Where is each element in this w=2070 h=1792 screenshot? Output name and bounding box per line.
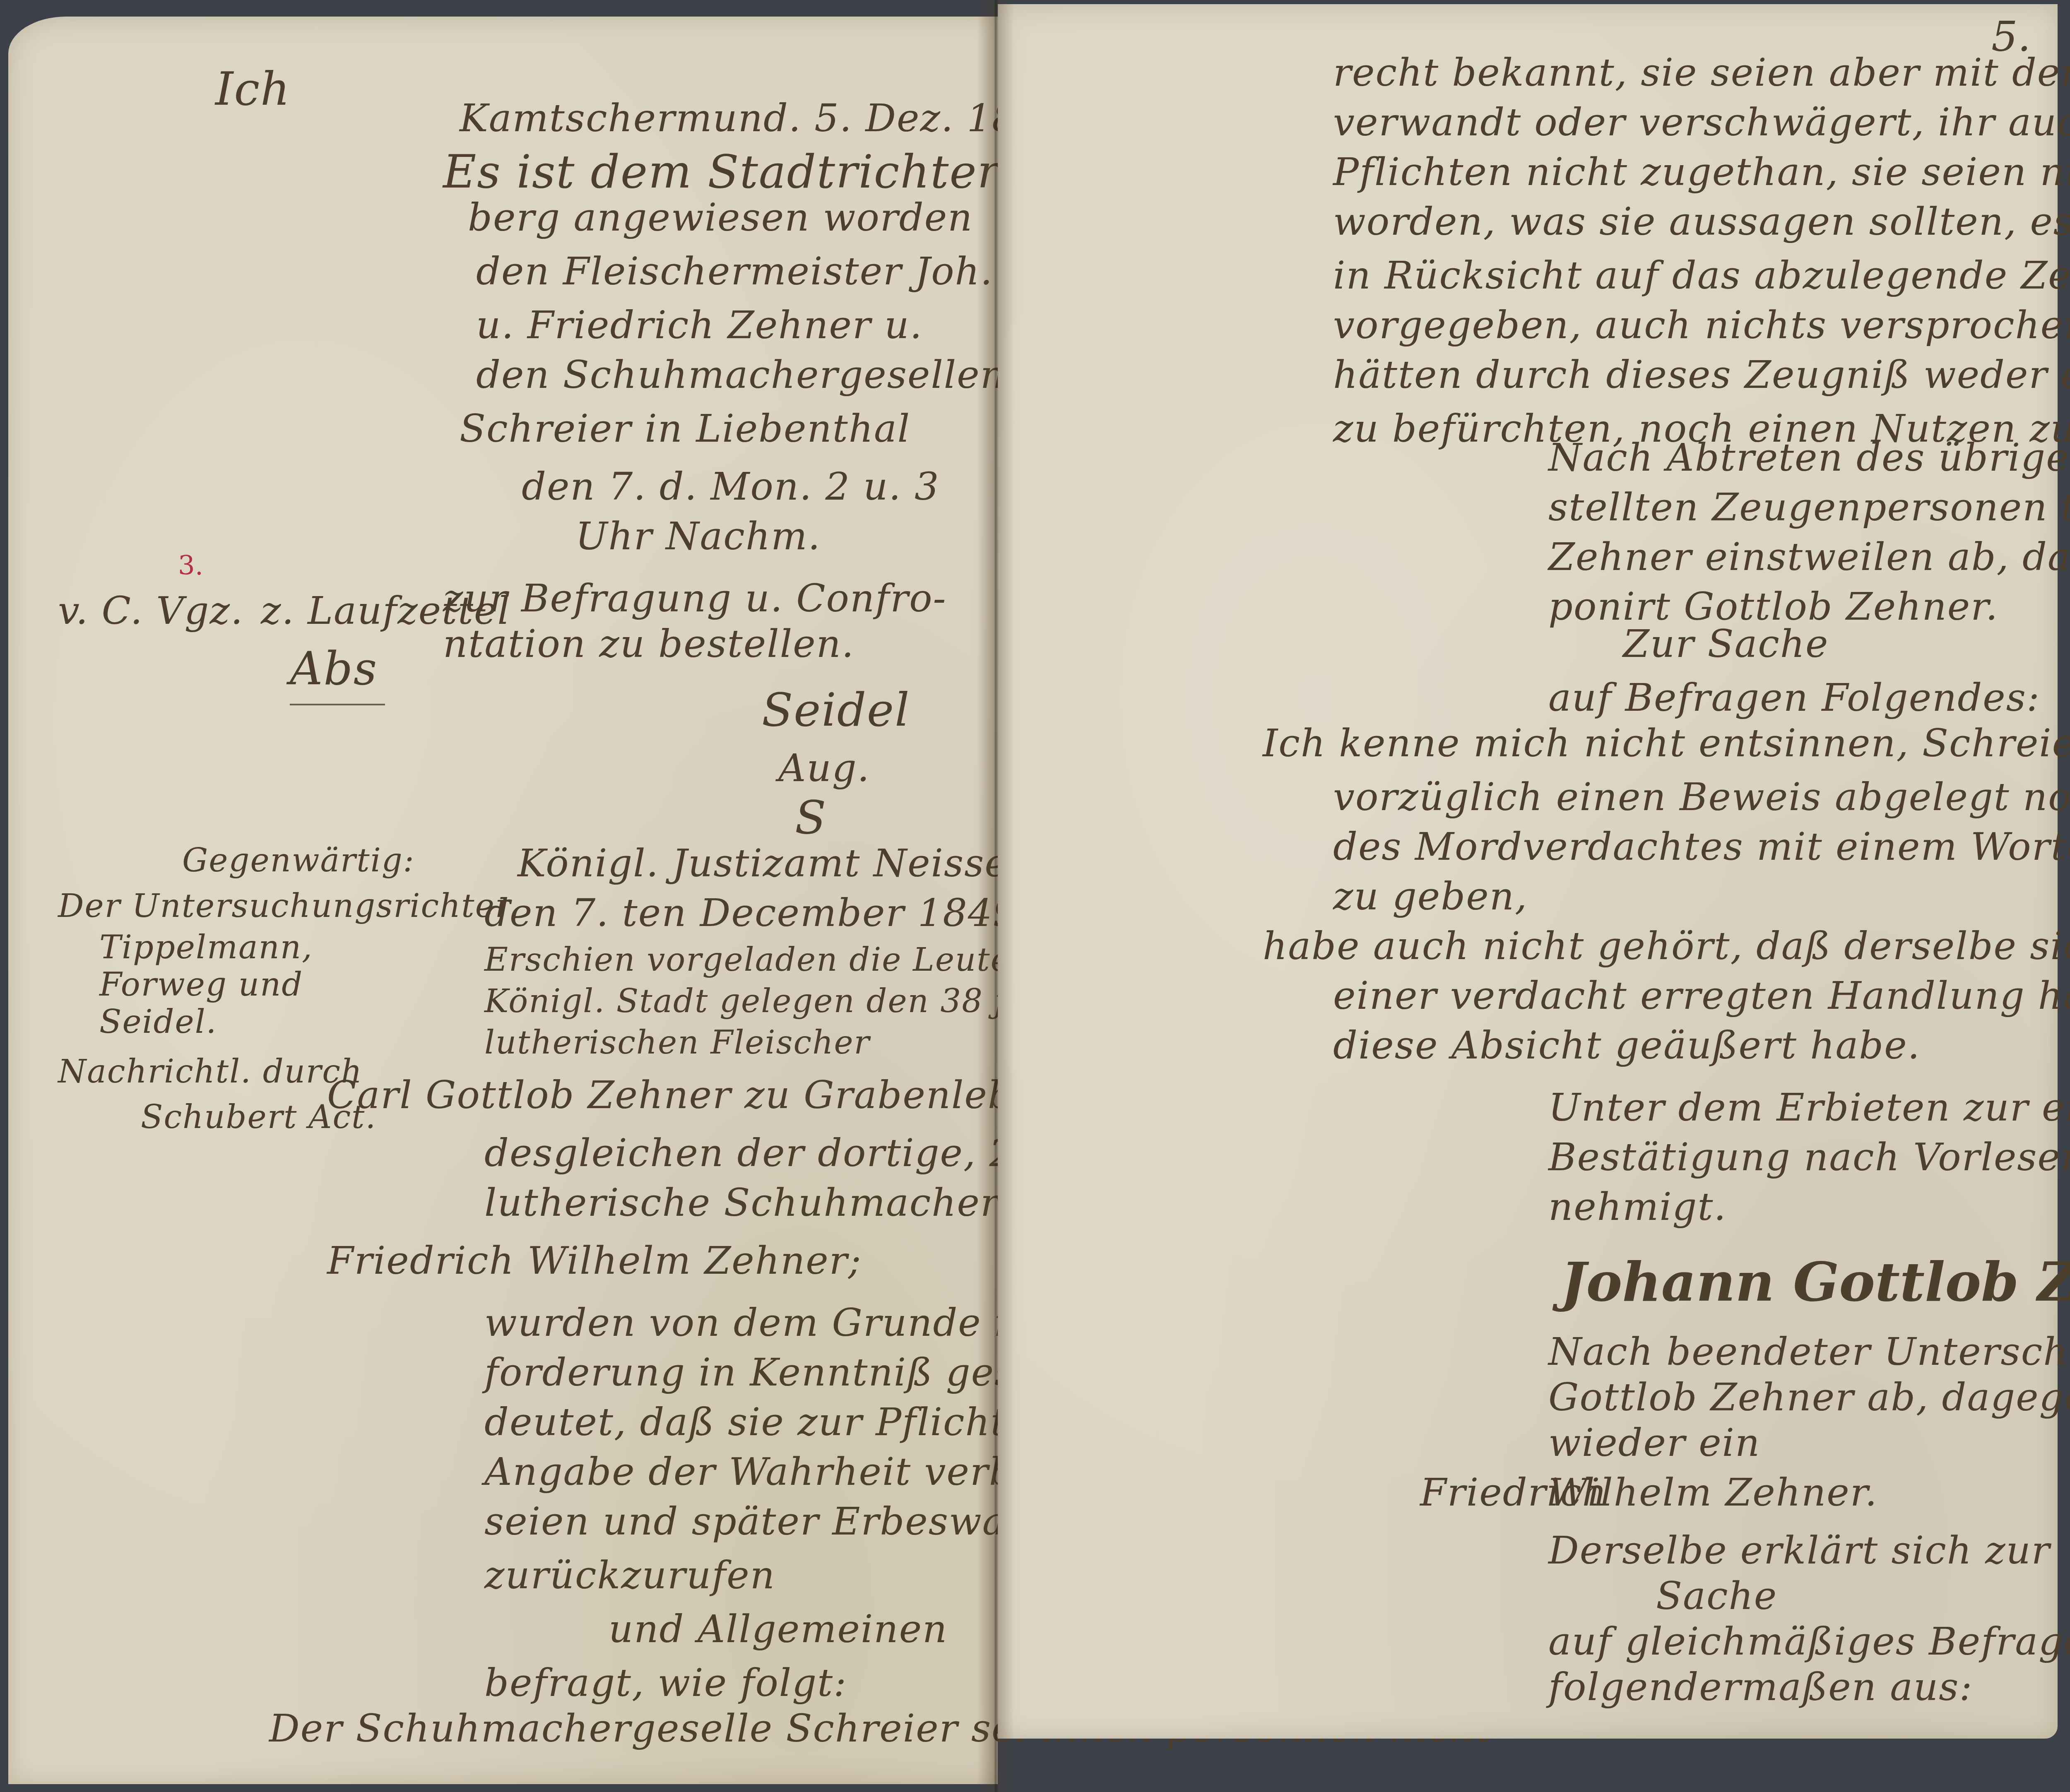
text-line: hätten durch dieses Zeugniß weder einen … <box>1333 356 2070 394</box>
header-line: Uhr Nachm. <box>575 517 821 556</box>
text-line: Unter dem Erbieten zur eidlichen <box>1548 1089 2070 1127</box>
text-line: nehmigt. <box>1548 1188 1727 1226</box>
text-line: Nach beendeter Unterschrift trat <box>1548 1333 2070 1371</box>
protocol-line: lutherischen Fleischer <box>484 1027 870 1059</box>
book-gutter <box>977 0 1014 1792</box>
header-line: Schreier in Liebenthal <box>460 410 910 448</box>
header-line: Es ist dem Stadtrichter- <box>443 149 1016 195</box>
presence-line: Der Untersuchungsrichter <box>58 890 511 922</box>
protocol-line: und Allgemeinen <box>609 1610 948 1648</box>
divider-rule <box>290 704 385 705</box>
text-line: zu geben, <box>1333 878 1528 916</box>
margin-note-prefix: v. C. Vgz. <box>58 592 243 630</box>
header-line: den 7. d. Mon. 2 u. 3 <box>522 468 940 506</box>
protocol-line: Königl. Justizamt Neisse <box>517 844 1008 883</box>
text-line: stellten Zeugenpersonen trat Friedrich <box>1548 488 2070 527</box>
left-page: Ich Kamtschermund. 5. Dez. 1849. Es ist … <box>8 17 998 1784</box>
text-line: Pflichten nicht zugethan, sie seien nich… <box>1333 153 2070 191</box>
heading-line: auf Befragen Folgendes: <box>1548 679 2040 717</box>
heading-line: Zur Sache <box>1623 625 1829 663</box>
presence-title: Gegenwärtig: <box>182 844 415 877</box>
text-line: Nach Abtreten des übrigen Ge- <box>1548 439 2070 477</box>
header-line: den Fleischermeister Joh. <box>476 253 993 291</box>
document-spread: Ich Kamtschermund. 5. Dez. 1849. Es ist … <box>0 0 2070 1792</box>
protocol-line: Carl Gottlob Zehner zu Grabenleben, <box>327 1076 1075 1114</box>
text-line: einer verdacht erregten Handlung habe, o… <box>1333 977 2070 1015</box>
presence-line: Forweg und <box>99 969 303 1001</box>
text-line: Derselbe erklärt sich zur <box>1548 1532 2051 1570</box>
margin-note-text: z. Laufzettel <box>261 592 510 630</box>
text-line: verwandt oder verschwägert, ihr auch son… <box>1333 103 2070 142</box>
text-line: auf gleichmäßiges Befragen <box>1548 1623 2070 1661</box>
name-line: Wilhelm Zehner. <box>1548 1474 1878 1512</box>
text-line: vorgegeben, auch nichts versprochen word… <box>1333 306 2070 344</box>
protocol-line: befragt, wie folgt: <box>484 1664 847 1702</box>
signature-name: Seidel <box>762 687 910 733</box>
presence-line: Seidel. <box>99 1006 217 1038</box>
presence-line: Nachrichtl. durch <box>58 1056 363 1088</box>
header-line: den Schuhmachergesellen <box>476 356 1006 394</box>
text-line: diese Absicht geäußert habe. <box>1333 1027 1921 1065</box>
presence-line: Tippelmann, <box>99 931 313 964</box>
text-line: folgendermaßen aus: <box>1548 1668 1973 1706</box>
text-line: in Rücksicht auf das abzulegende Zeugniß… <box>1333 257 2070 295</box>
right-page: 5. recht bekannt, sie seien aber mit dem… <box>998 4 2058 1739</box>
text-line: Ich kenne mich nicht entsinnen, Schreier… <box>1263 724 2070 763</box>
header-line: u. Friedrich Zehner u. <box>476 306 923 344</box>
text-line: vorzüglich einen Beweis abgelegt noch Ve… <box>1333 778 2070 816</box>
header-line: zur Befragung u. Confro- <box>443 580 947 618</box>
red-number-mark: 3. <box>178 551 203 581</box>
margin-note-initials: Abs <box>290 646 378 691</box>
text-line: Sache <box>1656 1577 1777 1615</box>
protocol-line: zurückzurufen <box>484 1556 775 1595</box>
text-line: des Mordverdachtes mit einem Worte Gehör <box>1333 828 2070 866</box>
corner-mark: Ich <box>215 66 291 112</box>
witness-signature: Johann Gottlob Zehner. <box>1561 1250 2070 1313</box>
protocol-line: Friedrich Wilhelm Zehner; <box>327 1242 862 1280</box>
text-line: ponirt Gottlob Zehner. <box>1548 588 1998 626</box>
header-line: berg angewiesen worden <box>468 199 973 237</box>
text-line: Bestätigung nach Vorlesen ge- <box>1548 1138 2070 1176</box>
text-line: habe auch nicht gehört, daß derselbe sic… <box>1263 927 2070 965</box>
text-line: recht bekannt, sie seien aber mit demsel… <box>1333 54 2070 92</box>
protocol-line: den 7. ten December 1849 <box>484 894 1018 932</box>
signature-flourish: S <box>795 795 827 840</box>
text-line: Gottlob Zehner ab, dagegen trat <box>1548 1378 2070 1417</box>
text-line: wieder ein <box>1548 1424 1760 1462</box>
signature-sub: Aug. <box>778 749 870 787</box>
text-line: Zehner einstweilen ab, dagegen de- <box>1548 538 2070 576</box>
text-line: worden, was sie aussagen sollten, es sei… <box>1333 203 2070 241</box>
